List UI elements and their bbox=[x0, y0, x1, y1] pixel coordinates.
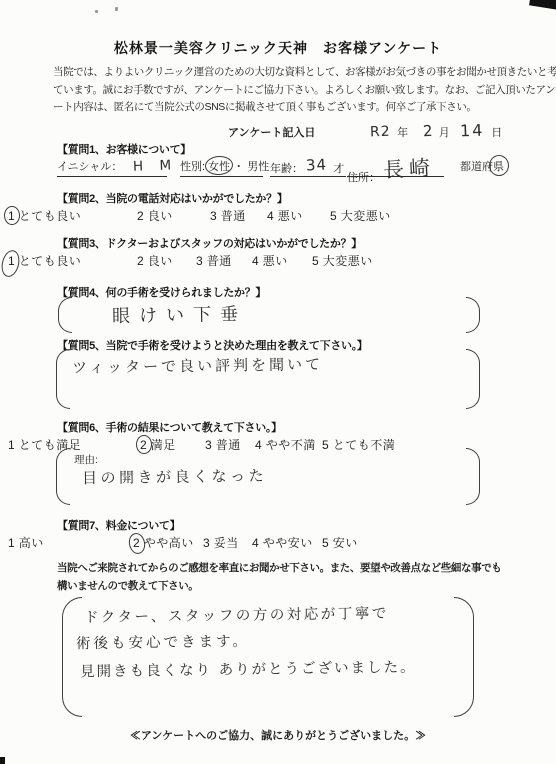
q1-gender-female-option: 女性 bbox=[208, 158, 230, 174]
q3-option-3-number: 3 bbox=[196, 254, 203, 268]
q7-option-3-label: 妥当 bbox=[214, 536, 239, 550]
feedback-prompt-line-2: 構いませんので教えて下さい。 bbox=[57, 578, 501, 596]
q6-heading: 【質問6、手術の結果について教えて下さい。】 bbox=[57, 419, 282, 435]
q6-reason-label: 理由: bbox=[74, 452, 98, 467]
q2-option-4-number: 4 bbox=[267, 209, 274, 223]
survey-date-year-handwritten: R2 bbox=[370, 124, 391, 141]
q1-initial-label: イニシャル： bbox=[57, 161, 122, 173]
q2-option-1: 1とても良い bbox=[8, 207, 81, 224]
q2-options-row: 1とても良い 2良い 3普通 4悪い 5大変悪い bbox=[0, 207, 556, 223]
q2-option-2-label: 良い bbox=[148, 209, 173, 223]
q1-initial-field: イニシャル： H M bbox=[57, 158, 178, 174]
q7-option-5: 5安い bbox=[322, 534, 358, 551]
q3-options-row: 1とても良い 2良い 3普通 4悪い 5大変悪い bbox=[0, 252, 556, 268]
q7-option-1-label: 高い bbox=[19, 536, 44, 550]
q2-heading: 【質問2、当院の電話対応はいかがでしたか？】 bbox=[57, 190, 288, 206]
q3-option-5: 5大変悪い bbox=[312, 252, 373, 269]
q3-option-1: 1とても良い bbox=[8, 252, 81, 269]
page-title: 松林景一美容クリニック天神 お客様アンケート bbox=[0, 38, 556, 58]
survey-date-year-unit: 年 bbox=[397, 127, 408, 139]
q2-option-3: 3普通 bbox=[210, 207, 246, 224]
q7-option-5-label: 安い bbox=[333, 536, 358, 550]
q7-option-5-number: 5 bbox=[322, 536, 329, 550]
survey-date-line: アンケート記入日 R2 年 2 月 14 日 bbox=[228, 121, 502, 140]
survey-date-month-unit: 月 bbox=[439, 127, 450, 139]
q2-option-5: 5大変悪い bbox=[330, 207, 391, 224]
q1-initial-handwritten: H M bbox=[133, 157, 178, 175]
q1-gender-label: 性別: bbox=[180, 161, 205, 173]
feedback-comment-line-2: 術後も安心できます。 bbox=[76, 630, 250, 653]
q7-option-2: 2やや高い bbox=[133, 534, 194, 551]
q1-address-label: 住所： bbox=[347, 172, 380, 184]
intro-paragraph: 当院では、よりよいクリニック運営のための大切な資料として、お客様がお気づきの事を… bbox=[53, 64, 556, 117]
feedback-comment-line-1: ドクター、スタッフの方の対応が丁寧で bbox=[84, 602, 389, 627]
q1-address-underline bbox=[347, 175, 444, 177]
q2-option-5-label: 大変悪い bbox=[341, 209, 391, 223]
q7-heading: 【質問7、料金について】 bbox=[57, 517, 180, 533]
q3-option-2-label: 良い bbox=[148, 254, 173, 268]
q4-answer-handwritten: 眼けい下垂 bbox=[112, 300, 247, 328]
feedback-prompt: 当院へご来院されてからのご感想を率直にお聞かせ下さい。また、要望や改善点など些細… bbox=[57, 560, 501, 595]
footer-thanks: ≪アンケートへのご協力、誠にありがとうございました。≫ bbox=[0, 727, 556, 743]
q2-option-1-label: とても良い bbox=[19, 209, 82, 223]
q7-option-3-number: 3 bbox=[203, 536, 210, 550]
q7-option-4-label: やや安い bbox=[263, 536, 313, 550]
q7-option-4-number: 4 bbox=[252, 536, 259, 550]
q2-option-1-number: 1 bbox=[8, 209, 15, 223]
q3-option-2-number: 2 bbox=[137, 254, 144, 268]
intro-line-2: ています。誠にお手数ですが、アンケートにご協力下さい。よろしくお願い致します。な… bbox=[53, 82, 556, 100]
q1-prefecture-circled-char: 県 bbox=[493, 158, 504, 174]
q5-answer-handwritten: ツィッターで良い評判を聞いて bbox=[72, 353, 323, 378]
q2-option-3-label: 普通 bbox=[221, 209, 246, 223]
q2-option-5-number: 5 bbox=[330, 209, 337, 223]
q1-address-field: 住所： 長崎 bbox=[347, 158, 435, 188]
q1-gender-field: 性別: 女性 ・ 男性 bbox=[180, 158, 269, 174]
q1-gender-underline bbox=[180, 175, 263, 177]
q1-age-underline bbox=[270, 175, 346, 177]
q1-age-handwritten: 34 bbox=[306, 155, 328, 174]
q3-option-4-label: 悪い bbox=[263, 254, 288, 268]
survey-date-day-handwritten: 14 bbox=[460, 121, 485, 141]
intro-line-3: ート内容は、匿名にて当院公式のSNSに掲載させて頂く事もございます。何卒ご了承下… bbox=[53, 99, 556, 117]
q3-option-4-number: 4 bbox=[252, 254, 259, 268]
scan-speck bbox=[115, 7, 118, 11]
q7-option-4: 4やや安い bbox=[252, 534, 313, 551]
q2-option-4: 4悪い bbox=[267, 207, 303, 224]
q3-option-2: 2良い bbox=[137, 252, 173, 269]
q1-age-label: 年齢： bbox=[270, 163, 303, 175]
q3-option-1-number: 1 bbox=[8, 254, 15, 268]
q3-option-5-number: 5 bbox=[312, 254, 319, 268]
q2-option-4-label: 悪い bbox=[278, 209, 303, 223]
q1-age-field: 年齢： 34 才 bbox=[270, 158, 344, 176]
q7-options-row: 1高い 2やや高い 3妥当 4やや安い 5安い bbox=[0, 534, 556, 550]
q7-option-2-label: やや高い bbox=[144, 536, 194, 550]
scan-artifact-top-right bbox=[529, 0, 556, 11]
survey-date-month-handwritten: 2 bbox=[423, 122, 433, 140]
q3-option-3: 3普通 bbox=[196, 252, 232, 269]
scan-speck bbox=[95, 10, 98, 13]
q1-prefecture-suffix: 都道府県 bbox=[460, 158, 504, 174]
scan-artifact-bottom-left bbox=[0, 757, 5, 764]
q3-option-1-label: とても良い bbox=[19, 254, 82, 268]
q1-address-handwritten: 長崎 bbox=[382, 152, 435, 185]
feedback-prompt-line-1: 当院へご来院されてからのご感想を率直にお聞かせ下さい。また、要望や改善点など些細… bbox=[57, 560, 501, 578]
survey-date-label: アンケート記入日 bbox=[228, 127, 315, 139]
q7-option-1: 1高い bbox=[8, 534, 44, 551]
q3-option-3-label: 普通 bbox=[207, 254, 232, 268]
q1-age-unit: 才 bbox=[333, 163, 344, 175]
q3-option-5-label: 大変悪い bbox=[323, 254, 373, 268]
survey-date-day-unit: 日 bbox=[491, 127, 502, 139]
q3-option-4: 4悪い bbox=[252, 252, 288, 269]
q1-prefecture-prefix: 都道府 bbox=[460, 161, 493, 173]
q1-heading: 【質問1、お客様について】 bbox=[57, 141, 191, 157]
q7-option-2-number: 2 bbox=[133, 536, 140, 550]
q2-option-3-number: 3 bbox=[210, 209, 217, 223]
q1-gender-separator: ・ bbox=[233, 161, 244, 173]
q1-gender-male-option: 男性 bbox=[247, 161, 269, 173]
q3-heading: 【質問3、ドクターおよびスタッフの対応はいかがでしたか？】 bbox=[57, 235, 362, 251]
q6-reason-handwritten: 目の開きが良くなった bbox=[82, 465, 267, 489]
q7-option-3: 3妥当 bbox=[203, 534, 239, 551]
scanned-survey-page: 松林景一美容クリニック天神 お客様アンケート 当院では、よりよいクリニック運営の… bbox=[0, 0, 556, 764]
q7-option-1-number: 1 bbox=[8, 536, 15, 550]
q2-option-2: 2良い bbox=[137, 207, 173, 224]
q1-initial-underline bbox=[57, 175, 167, 177]
q6-option-1-number: 1 bbox=[8, 438, 15, 452]
q2-option-2-number: 2 bbox=[137, 209, 144, 223]
intro-line-1: 当院では、よりよいクリニック運営のための大切な資料として、お客様がお気づきの事を… bbox=[53, 64, 556, 82]
